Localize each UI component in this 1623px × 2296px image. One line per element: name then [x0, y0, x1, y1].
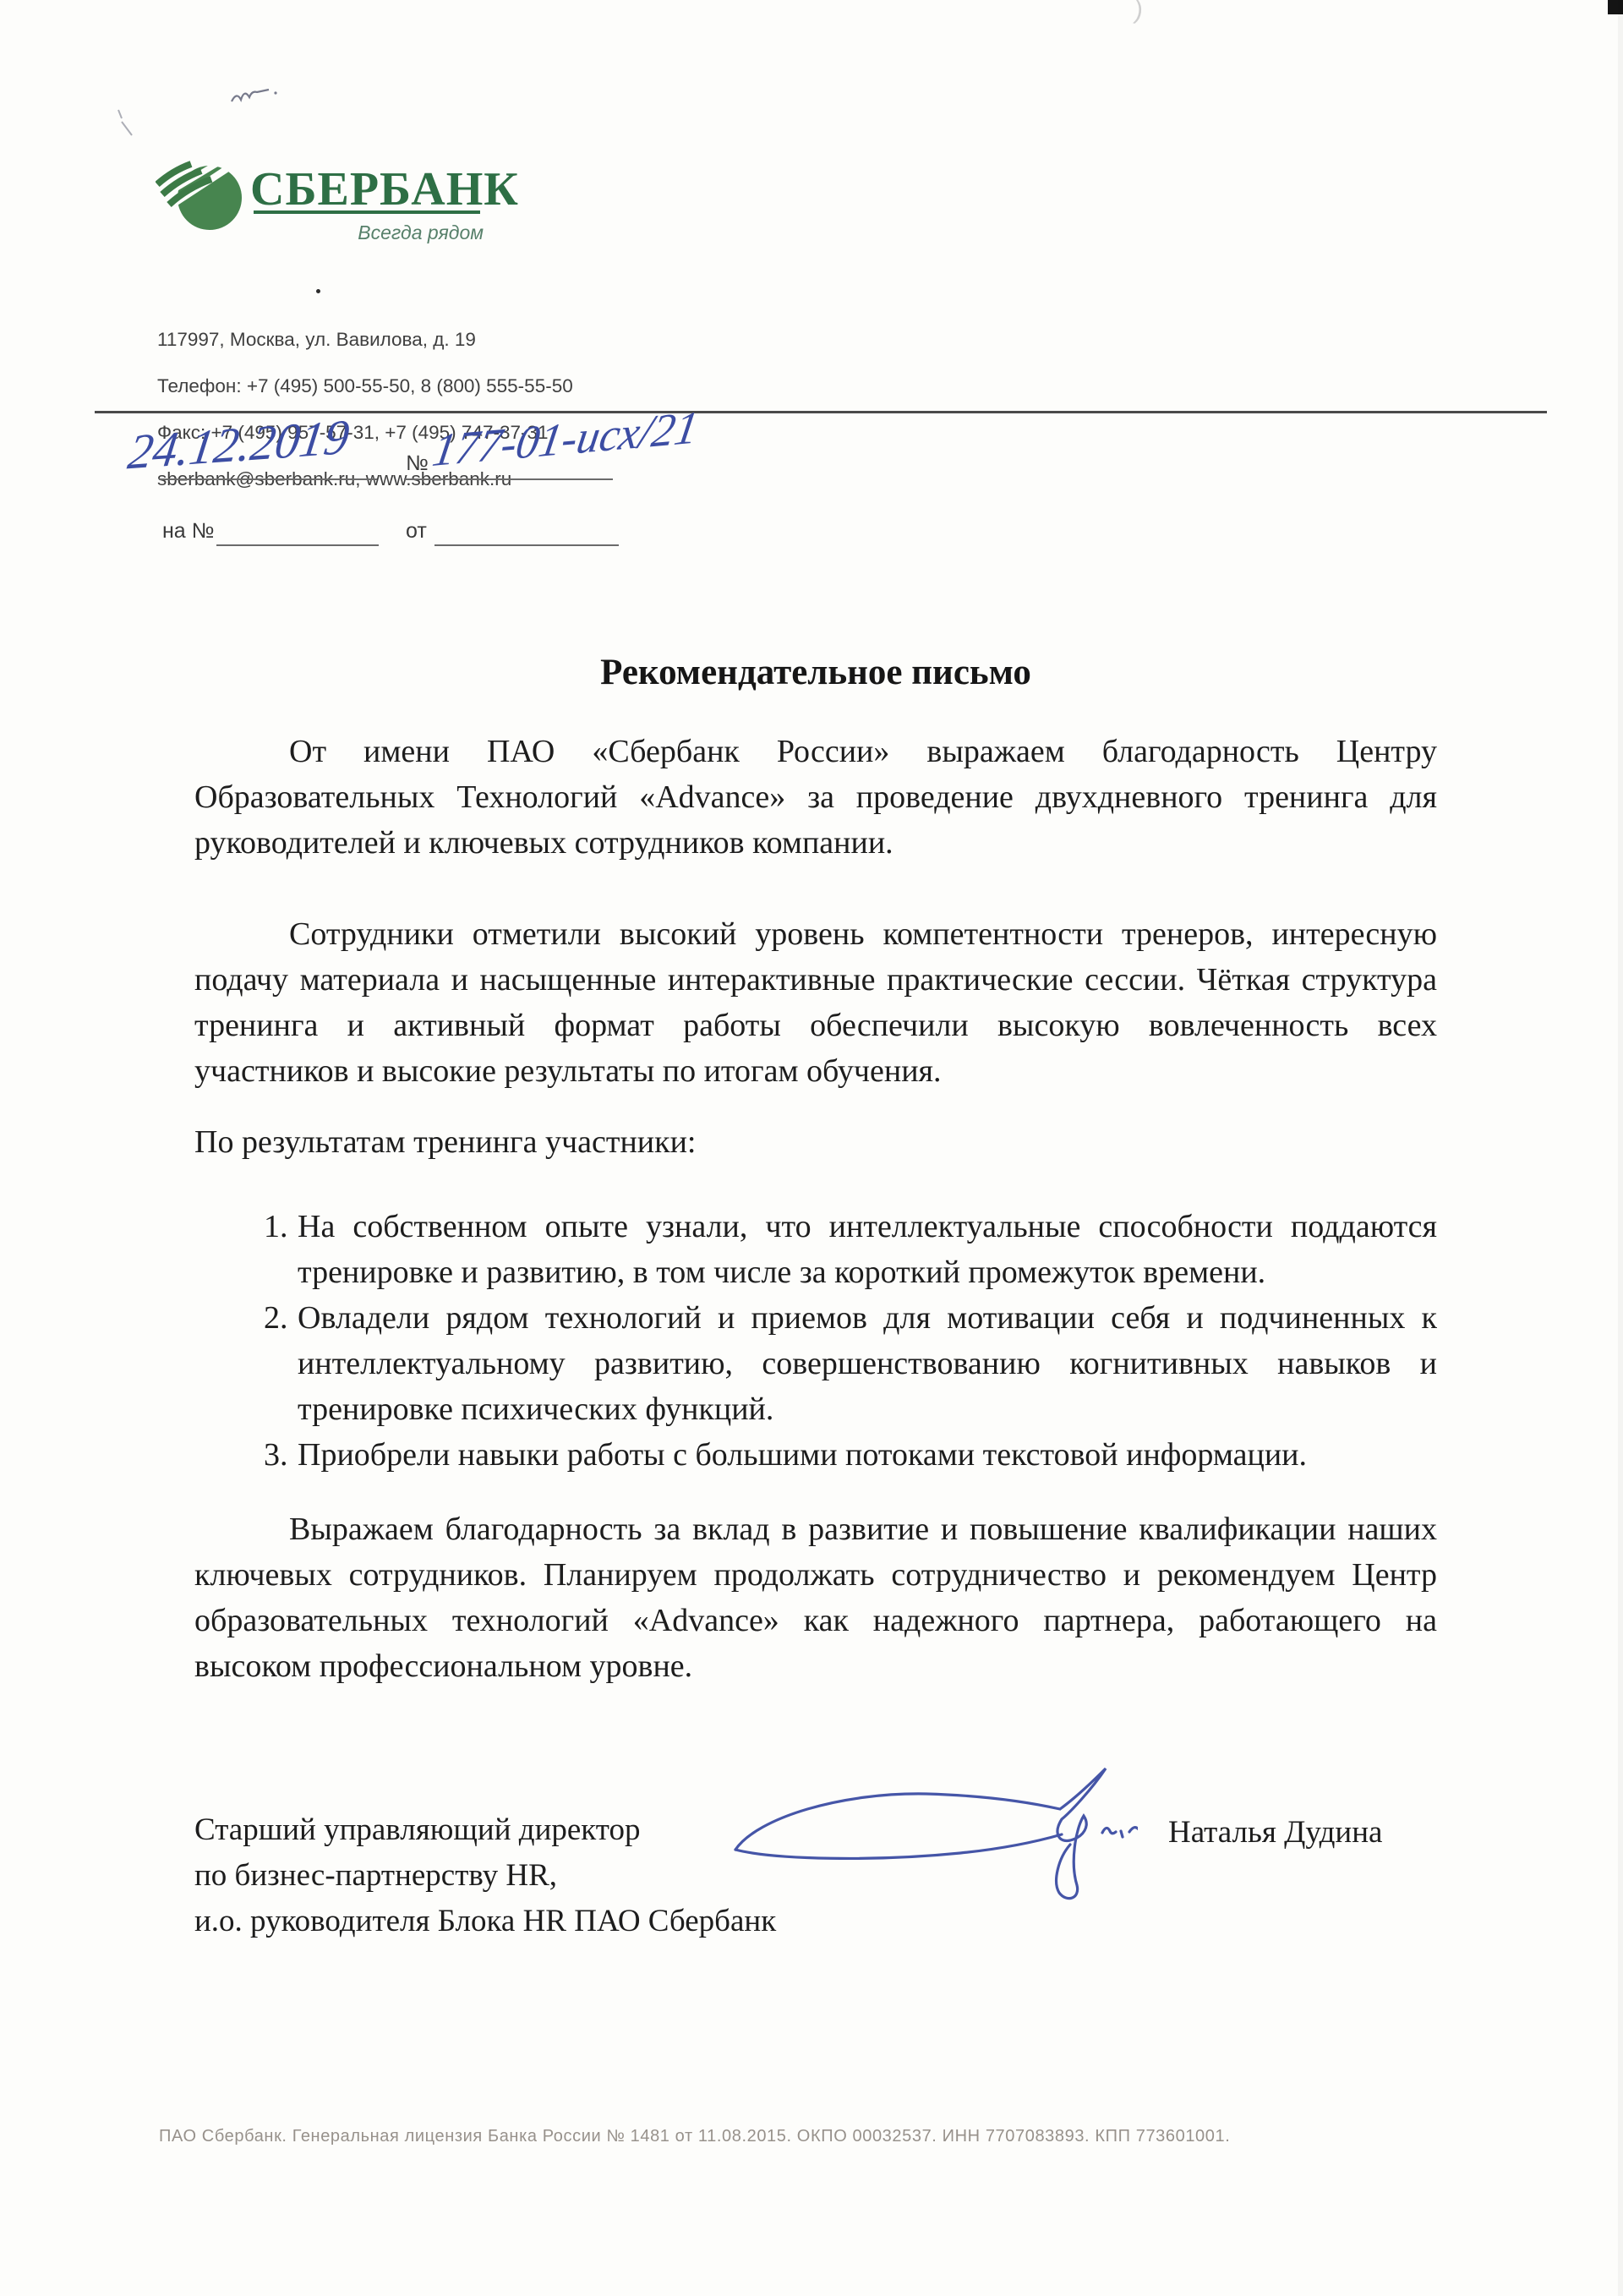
paragraph-line: руководителей и ключевых сотрудников ком…	[194, 820, 1437, 866]
signatory-name: Наталья Дудина	[1168, 1814, 1382, 1850]
list-item-line: Приобрели навыки работы с большими поток…	[298, 1432, 1437, 1478]
brand-underline	[254, 210, 480, 214]
paragraph-line: подачу материала и насыщенные интерактив…	[194, 957, 1437, 1003]
paragraph-line: От имени ПАО «Сбербанк России» выражаем …	[194, 729, 1437, 774]
paragraph-line: образовательных технологий «Advance» как…	[194, 1598, 1437, 1643]
from-label: от	[406, 519, 427, 544]
pencil-scribble-mark	[227, 79, 281, 113]
from-underline	[434, 544, 619, 546]
address-line: Телефон: +7 (495) 500-55-50, 8 (800) 555…	[157, 374, 749, 398]
closing-paragraph: Выражаем благодарность за вклад в развит…	[194, 1506, 1437, 1689]
sberbank-logo-icon	[156, 152, 245, 233]
brand-wordmark: СБЕРБАНК	[250, 162, 519, 216]
list-item-line: На собственном опыте узнали, что интелле…	[298, 1204, 1437, 1249]
paragraph-1: От имени ПАО «Сбербанк России» выражаем …	[194, 729, 1437, 866]
address-line: 117997, Москва, ул. Вавилова, д. 19	[157, 328, 749, 352]
stray-dot	[316, 289, 320, 293]
list-item-line: тренировке психических функций.	[298, 1386, 1437, 1432]
scan-artifact-paren: )	[1133, 0, 1145, 26]
handwritten-signature	[724, 1758, 1138, 1906]
list-item-line: тренировке и развитию, в том числе за ко…	[298, 1249, 1437, 1295]
list-marker-3: 3.	[264, 1432, 288, 1478]
list-intro: По результатам тренинга участники:	[194, 1119, 1437, 1165]
list-item-line: интеллектуальному развитию, совершенство…	[298, 1341, 1437, 1386]
paragraph-line: Сотрудники отметили высокий уровень комп…	[194, 911, 1437, 957]
number-sign-label: №	[406, 451, 429, 476]
scan-edge-shadow	[1618, 0, 1623, 2296]
number-underline	[404, 478, 613, 480]
paragraph-line: По результатам тренинга участники:	[194, 1119, 1437, 1165]
paragraph-line: ключевых сотрудников. Планируем продолжа…	[194, 1552, 1437, 1598]
date-underline	[159, 478, 377, 480]
paragraph-line: Выражаем благодарность за вклад в развит…	[194, 1506, 1437, 1552]
list-marker-1: 1.	[264, 1204, 288, 1249]
reply-to-label: на №	[162, 519, 214, 544]
paragraph-2: Сотрудники отметили высокий уровень комп…	[194, 911, 1437, 1094]
paragraph-line: Образовательных Технологий «Advance» за …	[194, 774, 1437, 820]
paragraph-line: высоком профессиональном уровне.	[194, 1643, 1437, 1689]
letter-title: Рекомендательное письмо	[194, 648, 1437, 698]
numbered-list: На собственном опыте узнали, что интелле…	[298, 1204, 1437, 1478]
pencil-tick-mark	[113, 107, 139, 140]
footer-legal-text: ПАО Сбербанк. Генеральная лицензия Банка…	[159, 2127, 1230, 2146]
list-marker-2: 2.	[264, 1295, 288, 1341]
paragraph-line: тренинга и активный формат работы обеспе…	[194, 1003, 1437, 1048]
reply-to-underline	[216, 544, 379, 546]
brand-tagline: Всегда рядом	[347, 221, 484, 244]
paragraph-line: участников и высокие результаты по итога…	[194, 1048, 1437, 1094]
scanned-letter-page: ) СБЕРБАНК Всегда рядом 117997, Москва, …	[0, 0, 1623, 2296]
list-item-line: Овладели рядом технологий и приемов для …	[298, 1295, 1437, 1341]
